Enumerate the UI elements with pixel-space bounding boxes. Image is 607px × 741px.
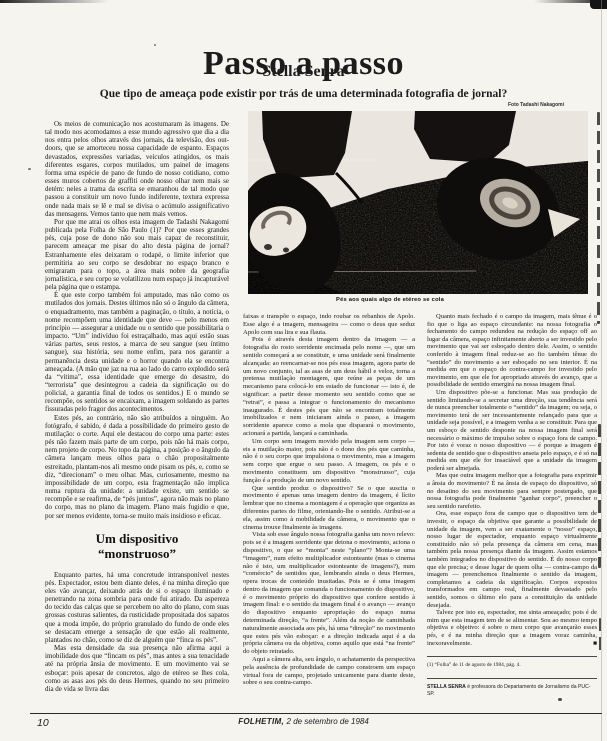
author-credit: STELLA SENRA é professora do Departament… xyxy=(427,684,597,698)
photo-caption: Pés aos quais algo de etéreo se cola xyxy=(336,297,586,303)
article-paragraph: É que este corpo também foi amputado, ma… xyxy=(45,291,229,413)
article-column-2: faixas e transpõe o espaço, indo roubar … xyxy=(243,313,415,709)
scan-streak xyxy=(598,424,601,568)
publication-date: 2 de setembro de 1984 xyxy=(287,717,369,726)
article-paragraph: Um corpo sem imagem movido pela imagem s… xyxy=(243,438,415,485)
subtitle: Que tipo de ameaça pode existir por trás… xyxy=(0,88,607,100)
byline: Stella Senra xyxy=(0,63,607,81)
publication-name: FOLHETIM, xyxy=(238,717,286,726)
footnote-rule xyxy=(427,656,597,657)
publication-line: FOLHETIM, 2 de setembro de 1984 xyxy=(0,717,607,726)
scan-top-edge xyxy=(0,0,607,3)
article-paragraph: Ora, esse espaço fora de campo que o dis… xyxy=(427,510,597,609)
sole-smudge xyxy=(283,248,289,253)
scan-speck xyxy=(28,168,31,170)
article-paragraph: Pois é através desta imagem dentro da im… xyxy=(243,336,415,437)
footnote-rule xyxy=(427,678,597,679)
scan-streak xyxy=(597,112,600,324)
article-paragraph: Quanto mais fechado é o campo da imagem,… xyxy=(427,313,597,389)
article-column-1: Os meios de comunicação nos acostumaram … xyxy=(45,120,229,710)
article-paragraph: Vista sob esse ângulo nossa fotografia g… xyxy=(243,531,415,656)
article-paragraph: Um dispositivo põe-se a funcionar. Mas s… xyxy=(427,389,597,473)
footnote: (1) “Folha” de 11 de agosto de 1984, pág… xyxy=(427,662,597,669)
article-paragraph: Os meios de comunicação nos acostumaram … xyxy=(45,120,229,218)
scan-edge-line xyxy=(601,0,602,741)
photo-of-feet xyxy=(248,111,588,294)
article-paragraph: Talvez por isto eu, espectador, me sinta… xyxy=(427,609,597,647)
article-paragraph: Por que me atrai os olhos esta imagem de… xyxy=(45,218,229,291)
author-name: STELLA SENRA xyxy=(427,684,466,690)
footer-rule xyxy=(30,713,602,714)
scan-streak xyxy=(599,618,601,652)
photo-credit: Foto Tadashi Nakagomi xyxy=(248,102,564,108)
newspaper-page: { "header": { "title": "Passo a passo", … xyxy=(0,0,607,741)
article-paragraph: Que sentido produz o dispositivo? Se o q… xyxy=(243,485,415,532)
article-paragraph: faixas e transpõe o espaço, indo roubar … xyxy=(243,313,415,336)
section-heading: Um dispositivo “monstruoso” xyxy=(65,531,209,562)
scan-corner-blob xyxy=(590,0,607,9)
article-paragraph: Estes pés, ao contrário, não são atribuí… xyxy=(45,414,229,520)
article-paragraph: Mas esta densidade da sua presença não a… xyxy=(45,644,229,693)
article-paragraph: Aqui a câmera alta, seu ângulo, o achata… xyxy=(243,656,415,687)
feet-photo-illustration xyxy=(248,111,588,294)
sole-smudge xyxy=(264,244,272,250)
end-of-article-mark: ■ xyxy=(584,640,597,647)
article-column-3: Quanto mais fechado é o campo da imagem,… xyxy=(427,313,597,713)
article-paragraph: Mas que outra imagem melhor que a fotogr… xyxy=(427,472,597,510)
article-paragraph: Enquanto partes, há uma concretude intra… xyxy=(45,571,229,644)
article-column-3-text: Quanto mais fechado é o campo da imagem,… xyxy=(427,313,597,647)
